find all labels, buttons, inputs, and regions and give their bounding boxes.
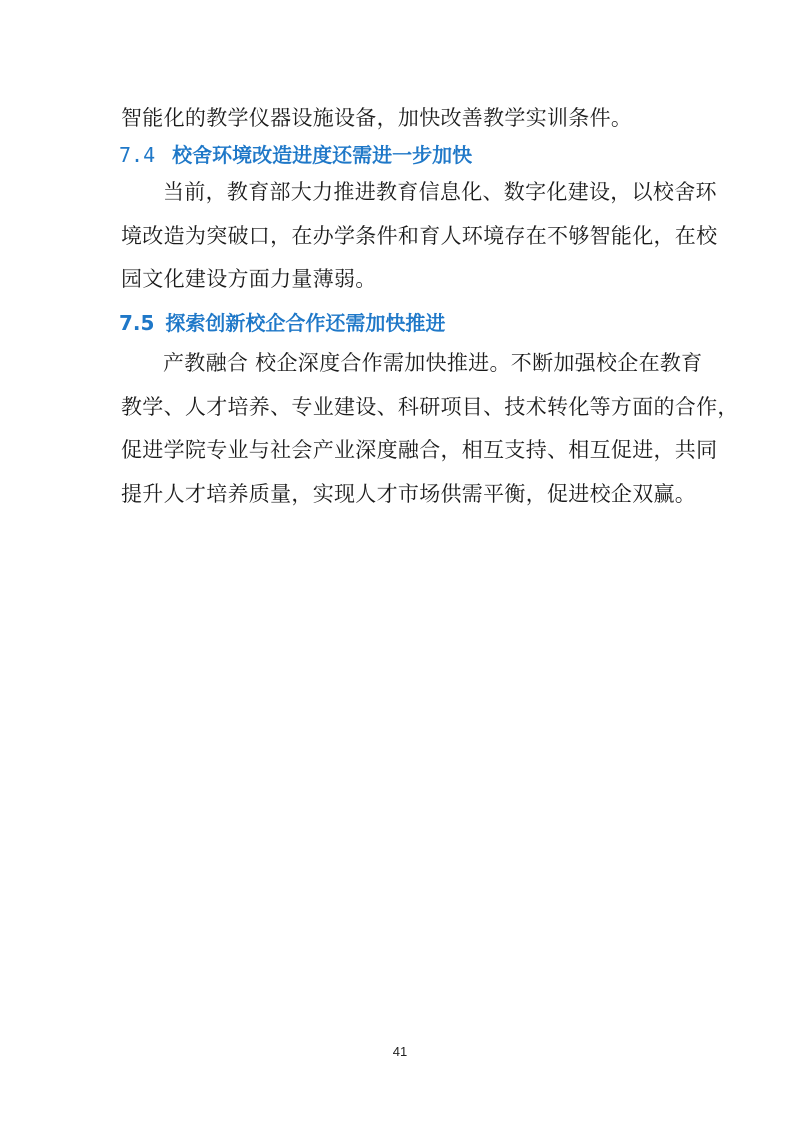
page-number: 41	[0, 1044, 800, 1059]
paragraph-line: 智能化的教学仪器设施设备，加快改善教学实训条件。	[121, 104, 632, 132]
paragraph-line: 园文化建设方面力量薄弱。	[121, 265, 377, 293]
section-number: 7.4	[119, 143, 155, 167]
paragraph-line: 教学、人才培养、专业建设、科研项目、技术转化等方面的合作，	[121, 393, 739, 421]
section-heading-7-4: 7.4 校舍环境改造进度还需进一步加快	[119, 141, 472, 169]
section-title: 探索创新校企合作还需加快推进	[165, 311, 445, 335]
paragraph-line: 当前，教育部大力推进教育信息化、数字化建设，以校舍环	[163, 178, 717, 206]
paragraph-line: 境改造为突破口，在办学条件和育人环境存在不够智能化，在校	[121, 222, 717, 250]
section-title: 校舍环境改造进度还需进一步加快	[172, 143, 472, 167]
section-heading-7-5: 7.5 探索创新校企合作还需加快推进	[119, 309, 445, 337]
paragraph-line: 产教融合 校企深度合作需加快推进。不断加强校企在教育	[163, 349, 702, 377]
section-number: 7.5	[119, 311, 154, 335]
paragraph-line: 促进学院专业与社会产业深度融合，相互支持、相互促进，共同	[121, 436, 717, 464]
paragraph-line: 提升人才培养质量，实现人才市场供需平衡，促进校企双赢。	[121, 480, 696, 508]
